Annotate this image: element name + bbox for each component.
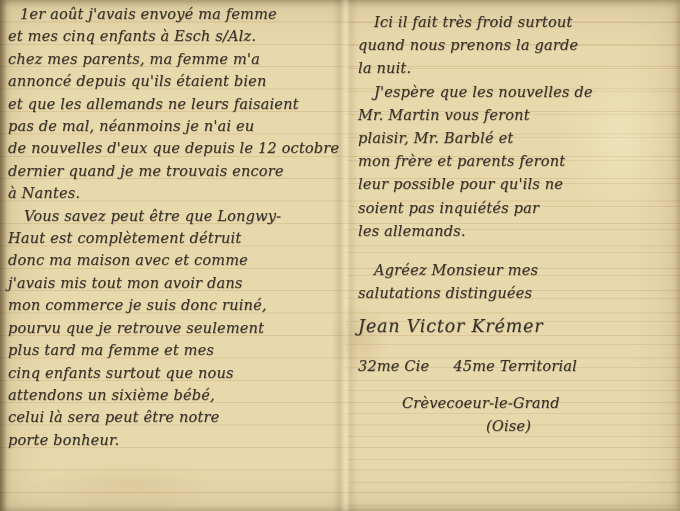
handwritten-line: Mr. Martin vous feront <box>358 105 676 128</box>
handwritten-line: pourvu que je retrouve seulement <box>8 318 344 340</box>
handwritten-line: Jean Victor Krémer <box>358 316 676 339</box>
handwritten-line: J'espère que les nouvelles de <box>358 82 676 105</box>
handwritten-line: plus tard ma femme et mes <box>8 340 344 362</box>
paper-stain <box>40 460 220 510</box>
handwritten-line: cinq enfants surtout que nous <box>8 363 344 385</box>
handwritten-line: mon commerce je suis donc ruiné, <box>8 295 344 317</box>
letter-photograph: 1er août j'avais envoyé ma femmeet mes c… <box>0 0 680 511</box>
handwritten-line: donc ma maison avec et comme <box>8 250 344 272</box>
handwritten-line: et mes cinq enfants à Esch s/Alz. <box>8 26 344 48</box>
handwritten-line: soient pas inquiétés par <box>358 198 676 221</box>
handwritten-line: la nuit. <box>358 58 676 81</box>
handwritten-line: Haut est complètement détruit <box>8 228 344 250</box>
handwritten-line: chez mes parents, ma femme m'a <box>8 49 344 71</box>
handwritten-line: leur possible pour qu'ils ne <box>358 174 676 197</box>
handwritten-line: pas de mal, néanmoins je n'ai eu <box>8 116 344 138</box>
handwritten-line: mon frère et parents feront <box>358 151 676 174</box>
handwritten-line: attendons un sixième bébé, <box>8 385 344 407</box>
handwritten-line: dernier quand je me trouvais encore <box>8 161 344 183</box>
handwritten-line: à Nantes. <box>8 183 344 205</box>
handwritten-line: Ici il fait très froid surtout <box>358 12 676 35</box>
handwritten-line: celui là sera peut être notre <box>8 407 344 429</box>
handwritten-line: 32me Cie 45me Territorial <box>358 356 676 379</box>
handwritten-line: salutations distinguées <box>358 283 676 306</box>
handwritten-line: quand nous prenons la garde <box>358 35 676 58</box>
handwritten-line: Agréez Monsieur mes <box>358 260 676 283</box>
handwritten-line: j'avais mis tout mon avoir dans <box>8 273 344 295</box>
right-page-text: Ici il fait très froid surtoutquand nous… <box>358 12 676 439</box>
handwritten-line: annoncé depuis qu'ils étaient bien <box>8 71 344 93</box>
left-page-text: 1er août j'avais envoyé ma femmeet mes c… <box>8 4 344 452</box>
handwritten-line: 1er août j'avais envoyé ma femme <box>8 4 344 26</box>
paper-left-edge <box>0 0 7 511</box>
handwritten-line: porte bonheur. <box>8 430 344 452</box>
handwritten-line: et que les allemands ne leurs faisaient <box>8 94 344 116</box>
handwritten-line: plaisir, Mr. Barblé et <box>358 128 676 151</box>
handwritten-line: de nouvelles d'eux que depuis le 12 octo… <box>8 138 344 160</box>
handwritten-line: Crèvecoeur-le-Grand <box>358 393 676 416</box>
handwritten-line: Vous savez peut être que Longwy- <box>8 206 344 228</box>
handwritten-line: (Oise) <box>358 416 676 439</box>
handwritten-line: les allemands. <box>358 221 676 244</box>
